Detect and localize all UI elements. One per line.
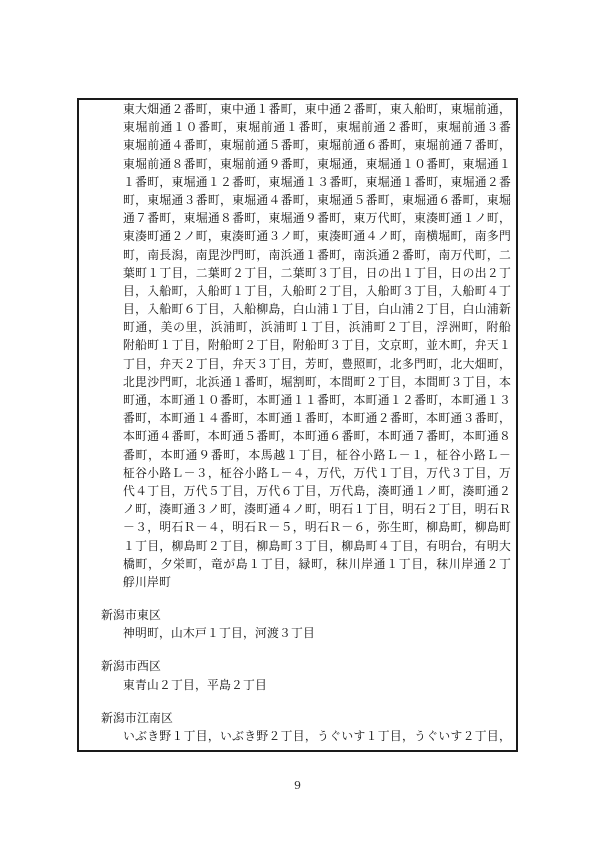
town-list-line: 艀川岸町	[123, 573, 511, 591]
town-list-line: １番町，東堀通１２番町，東堀通１３番町，東堀通１番町，東堀通２番	[123, 173, 511, 191]
town-list-continuation: 東大畑通２番町，東中通１番町，東中通２番町，東入船町，東堀前通，東堀前通１０番町…	[123, 100, 511, 591]
town-list-line: 町通，美の里，浜浦町，浜浦町１丁目，浜浦町２丁目，浮洲町，附船町，	[123, 318, 511, 336]
town-list-line: 東堀前通４番町，東堀前通５番町，東堀前通６番町，東堀前通７番町，	[123, 136, 511, 154]
town-list-line: 番町，本町通１４番町，本町通１番町，本町通２番町，本町通３番町，	[123, 409, 511, 427]
town-list-line: 丁目，弁天２丁目，弁天３丁目，芳町，豊照町，北多門町，北大畑町，	[123, 355, 511, 373]
table-cell-border: 東大畑通２番町，東中通１番町，東中通２番町，東入船町，東堀前通，東堀前通１０番町…	[77, 98, 518, 752]
town-list-line: 東湊町通２ノ町，東湊町通３ノ町，東湊町通４ノ町，南横堀町，南多門	[123, 227, 511, 245]
town-list-line: 東大畑通２番町，東中通１番町，東中通２番町，東入船町，東堀前通，	[123, 100, 511, 118]
town-list-line: １丁目，柳島町２丁目，柳島町３丁目，柳島町４丁目，有明台，有明大	[123, 537, 511, 555]
town-list-line: 目，入船町６丁目，入船柳島，白山浦１丁目，白山浦２丁目，白山浦新	[123, 300, 511, 318]
district-heading: 新潟市江南区	[101, 709, 511, 727]
page-number: 9	[0, 779, 595, 793]
district-town-list: 神明町，山木戸１丁目，河渡３丁目	[123, 624, 511, 642]
town-list-line: 町，南長潟，南毘沙門町，南浜通１番町，南浜通２番町，南万代町，二	[123, 246, 511, 264]
document-page: 東大畑通２番町，東中通１番町，東中通２番町，東入船町，東堀前通，東堀前通１０番町…	[0, 0, 595, 842]
town-list-line: 附船町１丁目，附船町２丁目，附船町３丁目，文京町，並木町，弁天１	[123, 336, 511, 354]
district-town-list: いぶき野１丁目，いぶき野２丁目，うぐいす１丁目，うぐいす２丁目，	[123, 727, 511, 745]
district-town-list: 東青山２丁目，平島２丁目	[123, 676, 511, 694]
town-list-line: ノ町，湊町通３ノ町，湊町通４ノ町，明石１丁目，明石２丁目，明石Ｒ	[123, 500, 511, 518]
town-list-line: 目，入船町，入船町１丁目，入船町２丁目，入船町３丁目，入船町４丁	[123, 282, 511, 300]
town-list-line: 柾谷小路Ｌ－３，柾谷小路Ｌ－４，万代，万代１丁目，万代３丁目，万	[123, 464, 511, 482]
town-list-line: 町通，本町通１０番町，本町通１１番町，本町通１２番町，本町通１３	[123, 391, 511, 409]
district-section-konan: 新潟市江南区 いぶき野１丁目，いぶき野２丁目，うぐいす１丁目，うぐいす２丁目，	[101, 709, 511, 745]
town-list-line: 町，東堀通３番町，東堀通４番町，東堀通５番町，東堀通６番町，東堀	[123, 191, 511, 209]
town-list-line: 東堀前通１０番町，東堀前通１番町，東堀前通２番町，東堀前通３番町，	[123, 118, 511, 136]
town-list-line: 代４丁目，万代５丁目，万代６丁目，万代島，湊町通１ノ町，湊町通２	[123, 482, 511, 500]
town-list-line: 北毘沙門町，北浜通１番町，堀割町，本間町２丁目，本間町３丁目，本	[123, 373, 511, 391]
district-section-nishi: 新潟市西区 東青山２丁目，平島２丁目	[101, 657, 511, 693]
town-list-line: 橋町，夕栄町，竜が島１丁目，緑町，秣川岸通１丁目，秣川岸通２丁目，	[123, 555, 511, 573]
town-list-line: 本町通４番町，本町通５番町，本町通６番町，本町通７番町，本町通８	[123, 427, 511, 445]
district-heading: 新潟市東区	[101, 606, 511, 624]
town-list-line: 東堀前通８番町，東堀前通９番町，東堀通，東堀通１０番町，東堀通１	[123, 155, 511, 173]
town-list-line: －３，明石Ｒ－４，明石Ｒ－５，明石Ｒ－６，弥生町，柳島町，柳島町	[123, 518, 511, 536]
town-list-line: 番町，本町通９番町，本馬越１丁目，柾谷小路Ｌ－１，柾谷小路Ｌ－２，	[123, 446, 511, 464]
town-list-line: 通７番町，東堀通８番町，東堀通９番町，東万代町，東湊町通１ノ町，	[123, 209, 511, 227]
district-heading: 新潟市西区	[101, 657, 511, 675]
district-section-higashi: 新潟市東区 神明町，山木戸１丁目，河渡３丁目	[101, 606, 511, 642]
town-list-line: 葉町１丁目，二葉町２丁目，二葉町３丁目，日の出１丁目，日の出２丁	[123, 264, 511, 282]
